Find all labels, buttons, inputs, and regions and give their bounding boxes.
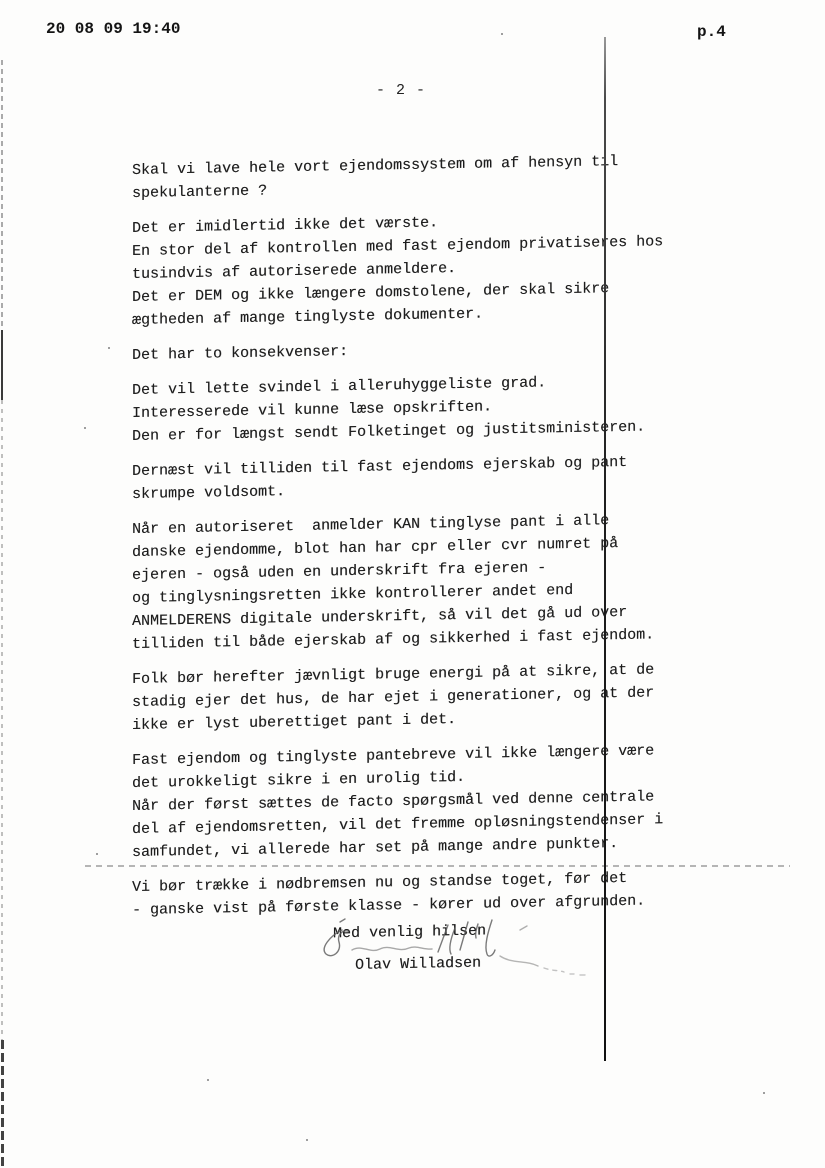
left-edge-scan-artifact [1,400,3,1040]
scan-speck [207,1079,209,1081]
handwritten-signature-scrawl [312,916,602,980]
body-paragraph: Dernæst vil tilliden til fast ejendoms e… [132,449,732,506]
scan-speck [763,1092,765,1094]
fax-timestamp: 20 08 09 19:40 [46,20,180,38]
scan-speck [96,853,98,855]
left-edge-scan-artifact [1,1040,4,1168]
vertical-fold-line [604,37,606,1061]
scan-speck [84,427,86,429]
page-number: - 2 - [376,82,426,99]
letter-body: Skal vi lave hele vort ejendomssystem om… [132,148,732,981]
left-edge-scan-artifact [1,60,3,330]
body-paragraph: Folk bør herefter jævnligt bruge energi … [132,657,732,737]
scan-speck [306,1139,308,1141]
body-paragraph: Skal vi lave hele vort ejendomssystem om… [132,148,732,205]
body-paragraph: Vi bør trække i nødbremsen nu og standse… [132,865,732,922]
body-paragraph: Fast ejendom og tinglyste pantebreve vil… [132,738,732,864]
body-paragraph: Når en autoriseret anmelder KAN tinglyse… [132,507,732,656]
fax-document-page: 20 08 09 19:40 p.4 - 2 - Skal vi lave he… [0,0,825,1168]
fax-page-indicator: p.4 [697,23,726,41]
scan-speck [108,347,110,349]
body-paragraph: Det vil lette svindel i alleruhyggeliste… [132,368,732,448]
left-edge-scan-artifact [1,330,3,400]
body-paragraph: Det har to konsekvenser: [132,333,732,367]
body-paragraph: Det er imidlertid ikke det værste. En st… [132,206,732,332]
scan-speck [501,33,503,35]
